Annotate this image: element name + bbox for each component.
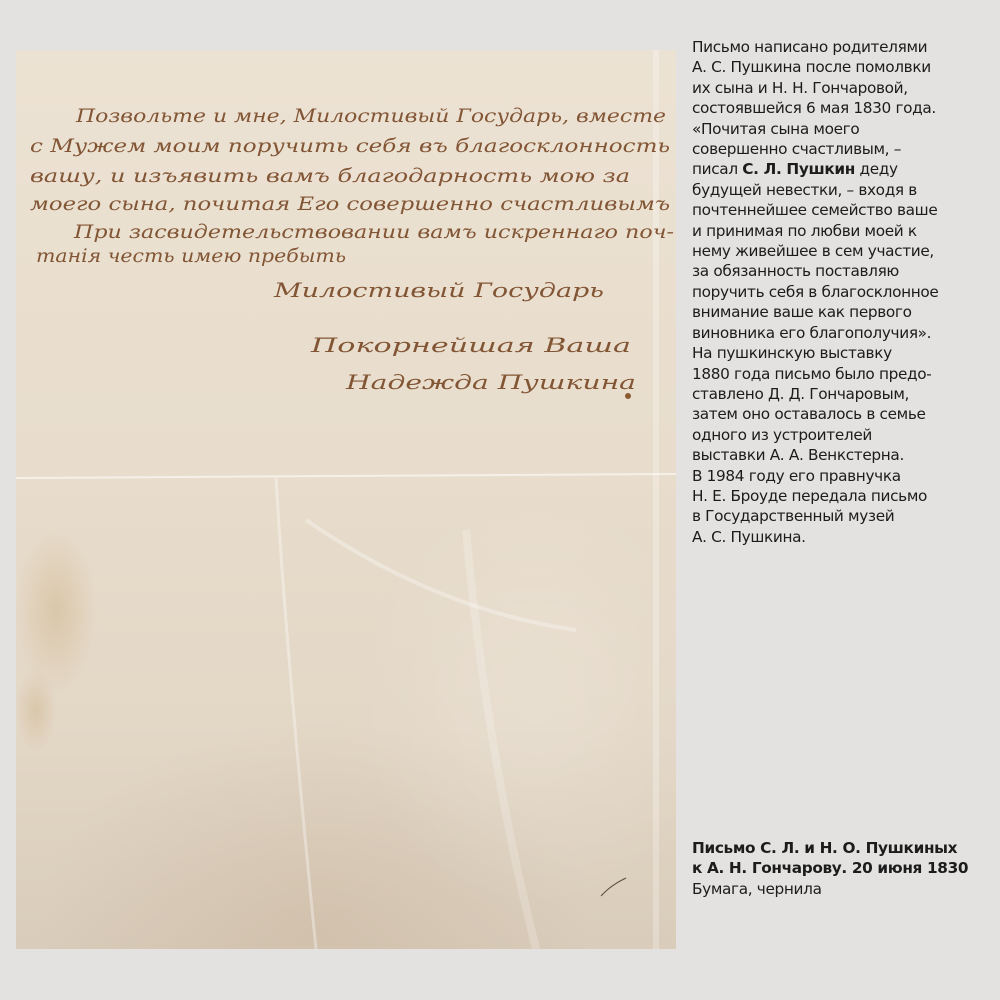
handwriting-line: вашу, и изъявить вамъ благодарность мою … (30, 165, 630, 187)
handwriting-line: При засвидетельствовании вамъ искреннаго… (73, 221, 674, 243)
handwriting-line: Покорнейшая Ваша (309, 333, 631, 357)
artifact-caption: Письмо С. Л. и Н. О. Пушкиных к А. Н. Го… (692, 838, 997, 899)
description-part: Письмо написано родителями А. С. Пушкина… (692, 38, 936, 178)
description-paragraph: Письмо написано родителями А. С. Пушкина… (692, 37, 992, 547)
caption-material: Бумага, чернила (692, 879, 997, 899)
handwriting-line: танія честь имею пребыть (36, 245, 346, 267)
author-name: С. Л. Пушкин (742, 160, 855, 178)
letter-photo: Позвольте и мне, Милостивый Государь, вм… (16, 50, 676, 949)
handwriting-line: с Мужем моим поручить себя въ благосклон… (30, 135, 670, 157)
caption-title-line2: к А. Н. Гончарову. 20 июня 1830 (692, 858, 997, 878)
letter-handwriting: Позвольте и мне, Милостивый Государь, вм… (16, 50, 676, 949)
handwriting-line: Надежда Пушкина (345, 370, 636, 394)
handwriting-line: Милостивый Государь (273, 278, 604, 302)
description-part: деду будущей невестки, – входя в почтенн… (692, 160, 938, 545)
description-text: Письмо написано родителями А. С. Пушкина… (692, 37, 992, 547)
handwriting-line: Позвольте и мне, Милостивый Государь, вм… (75, 105, 666, 127)
caption-title-line1: Письмо С. Л. и Н. О. Пушкиных (692, 838, 997, 858)
handwriting-line: моего сына, почитая Его совершенно счаст… (30, 193, 670, 215)
